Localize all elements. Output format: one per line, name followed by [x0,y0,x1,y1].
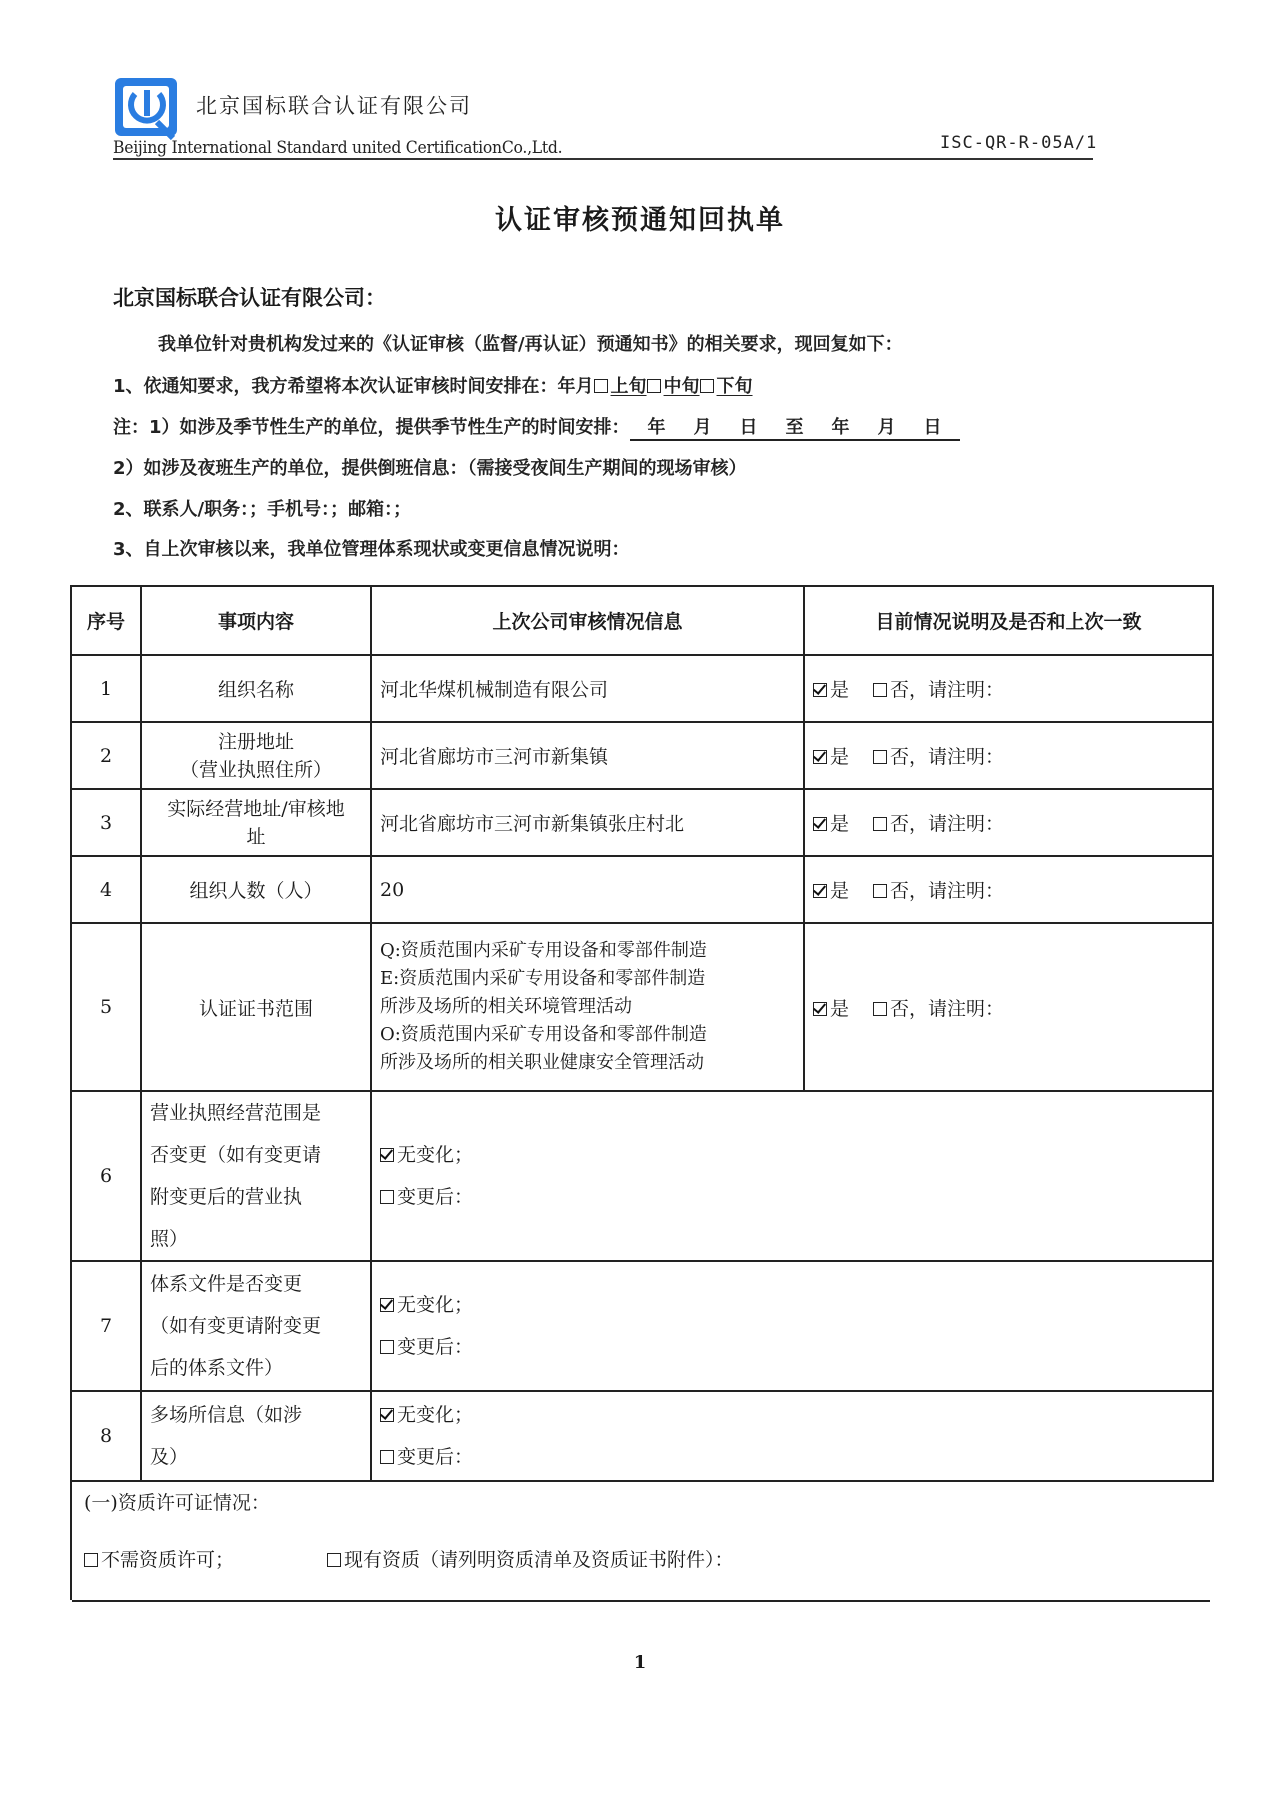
item-3-changes: 3、自上次审核以来，我单位管理体系现状或变更信息情况说明： [113,535,630,561]
blank-day-2: 日 [924,413,942,439]
row-no: 6 [71,1091,141,1261]
no-label: 否，请注明： [890,679,1004,701]
row-status: 是否，请注明： [804,655,1213,722]
row-item: 实际经营地址/审核地址 [141,789,371,856]
row-no: 8 [71,1391,141,1481]
row-status: 是否，请注明： [804,856,1213,923]
row-change-status: 无变化； 变更后： [371,1261,1213,1391]
note-seasonal-label: 注：1）如涉及季节性生产的单位，提供季节性生产的时间安排： [113,417,630,438]
yes-label: 是 [830,746,849,768]
table-row: 7 体系文件是否变更 （如有变更请附变更 后的体系文件） 无变化； 变更后： [71,1261,1213,1391]
option-late-month: 下旬 [717,376,753,397]
row-no: 7 [71,1261,141,1391]
option-existing-qualification-label: 现有资质（请列明资质清单及资质证书附件）： [344,1549,734,1571]
qualification-section: (一)资质许可证情况： 不需资质许可； 现有资质（请列明资质清单及资质证书附件）… [70,1480,1214,1600]
row-item: 营业执照经营范围是 否变更（如有变更请 附变更后的营业执 照） [141,1091,371,1261]
document-title: 认证审核预通知回执单 [0,198,1280,237]
qualification-heading: (一)资质许可证情况： [84,1488,270,1515]
no-label: 否，请注明： [890,880,1004,902]
document-code: ISC-QR-R-05A/1 [940,133,1097,153]
table-row: 5 认证证书范围 Q:资质范围内采矿专用设备和零部件制造 E:资质范围内采矿专用… [71,923,1213,1091]
row-item-line: 附变更后的营业执 [150,1176,362,1218]
header-current: 目前情况说明及是否和上次一致 [804,586,1213,655]
row-item-line: （如有变更请附变更 [150,1305,362,1347]
option-mid-month: 中旬 [664,376,700,397]
intro-paragraph: 我单位针对贵机构发过来的《认证审核（监督/再认证）预通知书》的相关要求，现回复如… [158,330,903,356]
table-row: 6 营业执照经营范围是 否变更（如有变更请 附变更后的营业执 照） 无变化； 变… [71,1091,1213,1261]
no-label: 否，请注明： [890,813,1004,835]
company-name-cn: 北京国标联合认证有限公司 [196,90,472,120]
item-2-contact: 2、联系人/职务：；手机号：；邮箱：； [113,495,411,521]
note-seasonal: 注：1）如涉及季节性生产的单位，提供季节性生产的时间安排：年月日至年月日 [113,413,960,441]
scope-line: 所涉及场所的相关职业健康安全管理活动 [380,1049,795,1077]
checkbox-no[interactable] [873,884,887,898]
no-change-label: 无变化； [397,1294,473,1316]
checkbox-changed[interactable] [380,1450,394,1464]
blank-year-2: 年 [832,413,850,439]
section-bottom-border [72,1600,1210,1602]
row-item-line: 体系文件是否变更 [150,1263,362,1305]
blank-day: 日 [740,413,758,439]
checkbox-yes[interactable] [813,1002,827,1016]
scope-line: O:资质范围内采矿专用设备和零部件制造 [380,1021,795,1049]
row-item-line: 照） [150,1218,362,1260]
no-change-label: 无变化； [397,1404,473,1426]
yes-label: 是 [830,998,849,1020]
checkbox-changed[interactable] [380,1340,394,1354]
option-early-month: 上旬 [611,376,647,397]
row-item-line: 注册地址 [150,728,362,756]
row-item-line: 多场所信息（如涉 [150,1394,362,1436]
checkbox-mid-month[interactable] [647,379,661,393]
checkbox-late-month[interactable] [700,379,714,393]
blank-year: 年 [648,413,666,439]
row-item: 体系文件是否变更 （如有变更请附变更 后的体系文件） [141,1261,371,1391]
checkbox-no[interactable] [873,817,887,831]
row-change-status: 无变化； 变更后： [371,1091,1213,1261]
checkbox-changed[interactable] [380,1190,394,1204]
info-table: 序号 事项内容 上次公司审核情况信息 目前情况说明及是否和上次一致 1 组织名称… [70,585,1214,1482]
row-item: 多场所信息（如涉 及） [141,1391,371,1481]
row-item-line: 实际经营地址/审核地 [146,795,366,823]
row-item-line: （营业执照住所） [150,756,362,784]
item-1-schedule: 1、依通知要求，我方希望将本次认证审核时间安排在：年月上旬中旬下旬 [113,372,753,398]
scope-line: Q:资质范围内采矿专用设备和零部件制造 [380,937,795,965]
scope-line: 所涉及场所的相关环境管理活动 [380,993,795,1021]
row-previous-scope: Q:资质范围内采矿专用设备和零部件制造 E:资质范围内采矿专用设备和零部件制造 … [371,923,804,1091]
seasonal-date-field[interactable]: 年月日至年月日 [630,413,960,441]
company-name-en: Beijing International Standard united Ce… [113,138,562,158]
checkbox-no[interactable] [873,1002,887,1016]
no-change-label: 无变化； [397,1144,473,1166]
row-item: 认证证书范围 [141,923,371,1091]
company-logo [113,76,183,142]
blank-month-2: 月 [878,413,896,439]
checkbox-yes[interactable] [813,884,827,898]
blank-to: 至 [786,413,804,439]
row-status: 是否，请注明： [804,789,1213,856]
changed-option: 变更后： [380,1176,1204,1218]
changed-option: 变更后： [380,1326,1204,1368]
row-no: 5 [71,923,141,1091]
row-previous: 20 [371,856,804,923]
checkbox-early-month[interactable] [594,379,608,393]
table-row: 8 多场所信息（如涉 及） 无变化； 变更后： [71,1391,1213,1481]
no-change-option: 无变化； [380,1394,1204,1436]
row-item-line: 址 [146,823,366,851]
table-row: 4 组织人数（人） 20 是否，请注明： [71,856,1213,923]
checkbox-yes[interactable] [813,750,827,764]
logo-icon [113,76,183,142]
item-1-label: 1、依通知要求，我方希望将本次认证审核时间安排在：年月 [113,376,594,397]
addressee: 北京国标联合认证有限公司： [113,282,386,312]
table-row: 1 组织名称 河北华煤机械制造有限公司 是否，请注明： [71,655,1213,722]
header-item: 事项内容 [141,586,371,655]
changed-label: 变更后： [397,1186,473,1208]
yes-label: 是 [830,813,849,835]
checkbox-no-qualification[interactable] [84,1553,98,1567]
table-header-row: 序号 事项内容 上次公司审核情况信息 目前情况说明及是否和上次一致 [71,586,1213,655]
scope-line: E:资质范围内采矿专用设备和零部件制造 [380,965,795,993]
row-no: 1 [71,655,141,722]
option-no-qualification-label: 不需资质许可； [101,1549,234,1571]
header-no: 序号 [71,586,141,655]
row-previous: 河北省廊坊市三河市新集镇张庄村北 [371,789,804,856]
row-item: 组织名称 [141,655,371,722]
header-divider [113,158,1093,160]
qualification-option-none: 不需资质许可； [84,1545,234,1572]
checkbox-yes[interactable] [813,683,827,697]
no-change-option: 无变化； [380,1134,1204,1176]
yes-label: 是 [830,880,849,902]
period-options: 上旬中旬下旬 [594,376,753,397]
changed-label: 变更后： [397,1336,473,1358]
no-change-option: 无变化； [380,1284,1204,1326]
checkbox-yes[interactable] [813,817,827,831]
header-previous: 上次公司审核情况信息 [371,586,804,655]
no-label: 否，请注明： [890,746,1004,768]
row-item-line: 否变更（如有变更请 [150,1134,362,1176]
checkbox-existing-qualification[interactable] [327,1553,341,1567]
page-number: 1 [0,1652,1280,1673]
checkbox-no[interactable] [873,683,887,697]
row-status: 是否，请注明： [804,722,1213,789]
row-previous: 河北华煤机械制造有限公司 [371,655,804,722]
table-row: 2 注册地址（营业执照住所） 河北省廊坊市三河市新集镇 是否，请注明： [71,722,1213,789]
row-item-line: 后的体系文件） [150,1347,362,1389]
checkbox-no-change[interactable] [380,1148,394,1162]
checkbox-no-change[interactable] [380,1298,394,1312]
changed-label: 变更后： [397,1446,473,1468]
blank-month: 月 [694,413,712,439]
qualification-option-existing: 现有资质（请列明资质清单及资质证书附件）： [327,1545,734,1572]
checkbox-no-change[interactable] [380,1408,394,1422]
row-status: 是否，请注明： [804,923,1213,1091]
row-item: 组织人数（人） [141,856,371,923]
no-label: 否，请注明： [890,998,1004,1020]
yes-label: 是 [830,679,849,701]
row-no: 3 [71,789,141,856]
row-previous: 河北省廊坊市三河市新集镇 [371,722,804,789]
row-no: 2 [71,722,141,789]
row-item-line: 及） [150,1436,362,1478]
row-no: 4 [71,856,141,923]
table-row: 3 实际经营地址/审核地址 河北省廊坊市三河市新集镇张庄村北 是否，请注明： [71,789,1213,856]
row-item: 注册地址（营业执照住所） [141,722,371,789]
checkbox-no[interactable] [873,750,887,764]
changed-option: 变更后： [380,1436,1204,1478]
row-change-status: 无变化； 变更后： [371,1391,1213,1481]
note-night-shift: 2）如涉及夜班生产的单位，提供倒班信息：（需接受夜间生产期间的现场审核） [113,454,747,480]
row-item-line: 营业执照经营范围是 [150,1092,362,1134]
